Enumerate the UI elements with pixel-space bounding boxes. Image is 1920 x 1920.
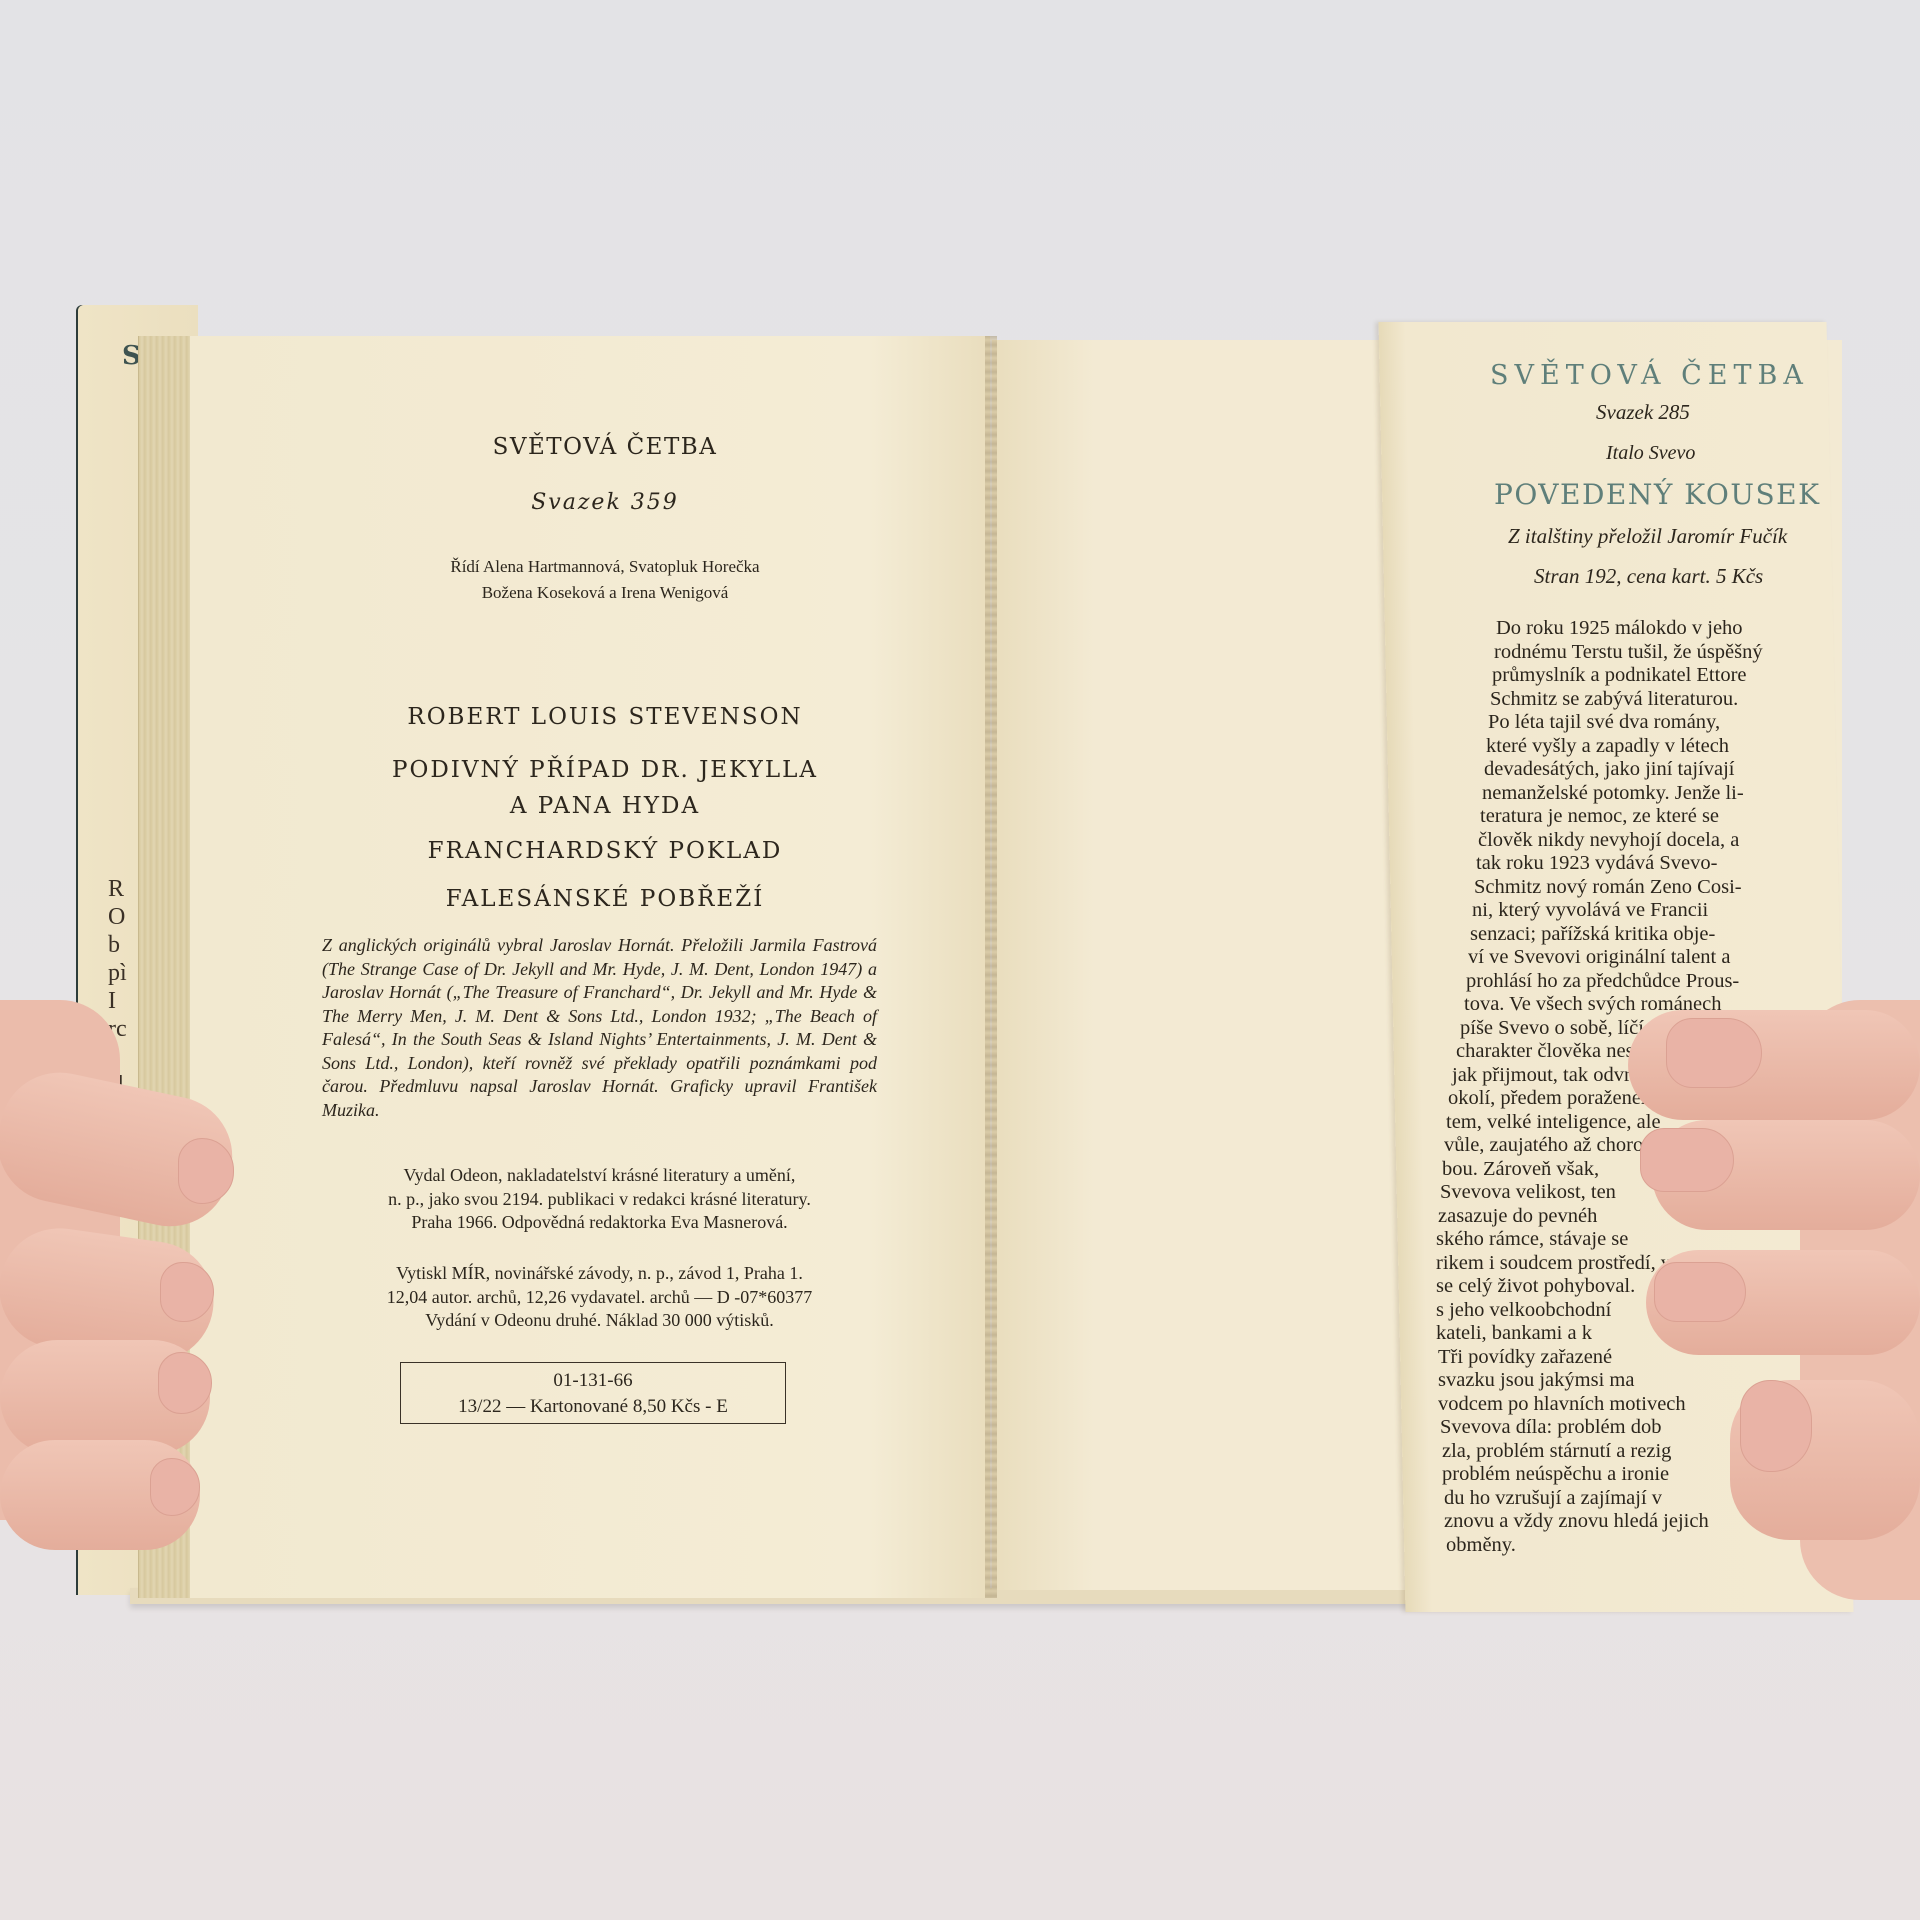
text-line: Schmitz nový román Zeno Cosi-: [1436, 876, 1776, 900]
text-line: tak roku 1923 vydává Svevo-: [1436, 852, 1776, 876]
leaflet-author: Italo Svevo: [1606, 442, 1695, 465]
text-line: Svevova díla: problém dob: [1436, 1416, 1776, 1440]
text-line: Schmitz se zabývá literaturou.: [1436, 688, 1776, 712]
leaflet-pages-price: Stran 192, cena kart. 5 Kčs: [1534, 564, 1763, 589]
editors: Řídí Alena Hartmannová, Svatopluk Horečk…: [300, 554, 910, 606]
text-line: Po léta tajil své dva romány,: [1436, 711, 1776, 735]
publisher-imprint: Vydal Odeon, nakladatelství krásné liter…: [322, 1164, 877, 1235]
text-line: prohlásí ho za předchůdce Prous-: [1436, 970, 1776, 994]
text-line: nemanželské potomky. Jenže li-: [1436, 782, 1776, 806]
printer-info: Vytiskl MÍR, novinářské závody, n. p., z…: [322, 1262, 877, 1333]
text-line: ni, který vyvolává ve Francii: [1436, 899, 1776, 923]
text-line: ví ve Svevovi originální talent a: [1436, 946, 1776, 970]
leaflet-translator: Z italštiny přeložil Jaromír Fučík: [1508, 524, 1787, 549]
work-title-line: A PANA HYDA: [300, 788, 910, 824]
price-code-box: 01-131-66 13/22 — Kartonované 8,50 Kčs -…: [400, 1362, 786, 1424]
imprint-line: Vydal Odeon, nakladatelství krásné liter…: [322, 1164, 877, 1188]
back-cover-fragment: pì: [108, 959, 138, 987]
text-line: průmyslník a podnikatel Ettore: [1436, 664, 1776, 688]
text-line: člověk nikdy nevyhojí docela, a: [1436, 829, 1776, 853]
price-line: 13/22 — Kartonované 8,50 Kčs - E: [401, 1394, 785, 1420]
text-line: devadesátých, jako jiní tajívají: [1436, 758, 1776, 782]
text-line: teratura je nemoc, ze které se: [1436, 805, 1776, 829]
text-line: které vyšly a zapadly v létech: [1436, 735, 1776, 759]
back-cover-fragment: I: [108, 987, 138, 1015]
text-line: problém neúspěchu a ironie: [1436, 1463, 1776, 1487]
author-name: ROBERT LOUIS STEVENSON: [300, 704, 910, 730]
fingernail: [1654, 1262, 1746, 1322]
series-title: SVĚTOVÁ ČETBA: [300, 434, 910, 460]
catalog-code: 01-131-66: [401, 1368, 785, 1394]
work-title-3: FALESÁNSKÉ POBŘEŽÍ: [300, 886, 910, 912]
text-line: du ho vzrušují a zajímají v: [1436, 1487, 1776, 1511]
editors-line: Řídí Alena Hartmannová, Svatopluk Horečk…: [300, 554, 910, 580]
fingernail: [1740, 1380, 1812, 1472]
leaflet-book-title: POVEDENÝ KOUSEK: [1494, 478, 1821, 511]
text-line: vodcem po hlavních motivech: [1436, 1393, 1776, 1417]
work-title-1: PODIVNÝ PŘÍPAD DR. JEKYLLA A PANA HYDA: [300, 752, 910, 824]
work-title-line: PODIVNÝ PŘÍPAD DR. JEKYLLA: [300, 752, 910, 788]
work-title-2: FRANCHARDSKÝ POKLAD: [300, 838, 910, 864]
leaflet-series-title: SVĚTOVÁ ČETBA: [1490, 360, 1809, 391]
book-gutter: [985, 336, 997, 1598]
text-line: obměny.: [1436, 1534, 1776, 1558]
text-line: svazku jsou jakýmsi ma: [1436, 1369, 1776, 1393]
text-line: senzaci; pařížská kritika obje-: [1436, 923, 1776, 947]
editors-line: Božena Koseková a Irena Wenigová: [300, 580, 910, 606]
text-line: znovu a vždy znovu hledá jejich: [1436, 1510, 1776, 1534]
imprint-line: Praha 1966. Odpovědná redaktorka Eva Mas…: [322, 1211, 877, 1235]
back-cover-fragment: b: [108, 931, 138, 959]
translation-credits: Z anglických originálů vybral Jaroslav H…: [322, 934, 877, 1122]
text-line: Do roku 1925 málokdo v jeho: [1436, 617, 1776, 641]
imprint-line: n. p., jako svou 2194. publikaci v redak…: [322, 1188, 877, 1212]
printer-line: 12,04 autor. archů, 12,26 vydavatel. arc…: [322, 1286, 877, 1310]
back-cover-fragment: R: [108, 875, 138, 903]
fingernail: [1666, 1018, 1762, 1088]
leaflet-volume: Svazek 285: [1596, 400, 1690, 425]
back-cover-fragment: O: [108, 903, 138, 931]
text-line: ského rámce, stávaje se: [1436, 1228, 1776, 1252]
printer-line: Vytiskl MÍR, novinářské závody, n. p., z…: [322, 1262, 877, 1286]
printer-line: Vydání v Odeonu druhé. Náklad 30 000 výt…: [322, 1309, 877, 1333]
text-line: rodnému Terstu tušil, že úspěšný: [1436, 641, 1776, 665]
text-line: zla, problém stárnutí a rezig: [1436, 1440, 1776, 1464]
volume-number: Svazek 359: [300, 490, 910, 515]
fingernail: [1640, 1128, 1734, 1192]
